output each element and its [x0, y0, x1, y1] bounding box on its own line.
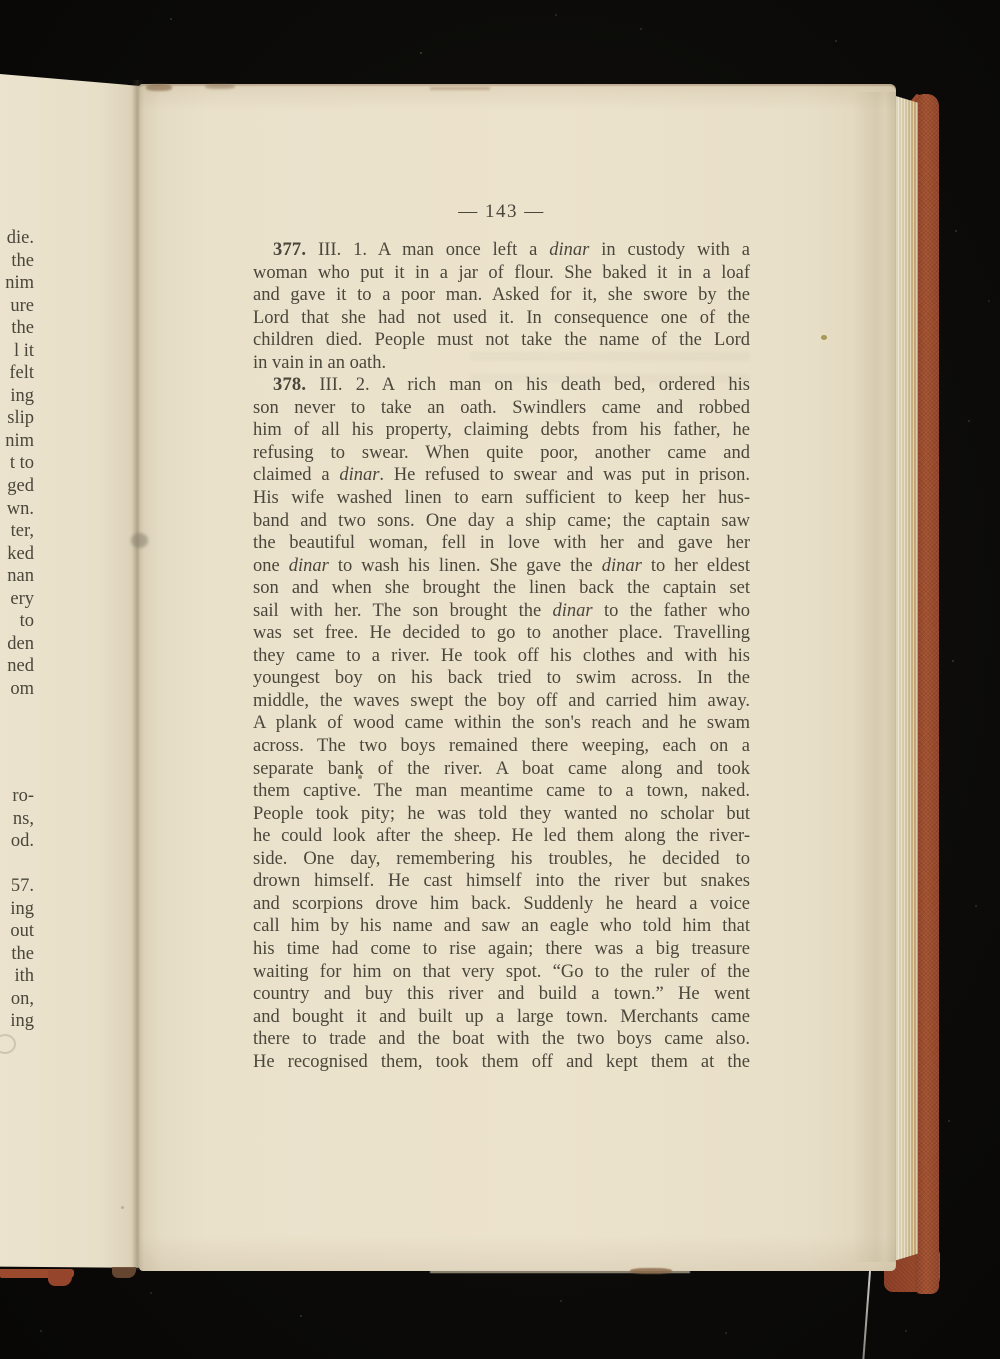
text-line: claimed a dinar. He refused to swear and… [253, 464, 750, 487]
background-dust-specks [0, 0, 2, 2]
top-edge-dust-spot [205, 84, 235, 89]
left-page-fragment-line: the [0, 943, 34, 966]
text-line: son and when she brought the linen back … [253, 577, 750, 600]
gutter-fold-shadow [132, 80, 144, 1270]
text-line: youngest boy on his back tried to swim a… [253, 667, 750, 690]
text-line: them captive. The man meantime came to a… [253, 780, 750, 803]
left-page-fragment-line: nim [0, 430, 34, 453]
text-line: Lord that she had not used it. In conseq… [253, 307, 750, 330]
text-line: refusing to swear. When quite poor, anot… [253, 442, 750, 465]
text-line: was set free. He decided to go to anothe… [253, 622, 750, 645]
text-line: waiting for him on that very spot. “Go t… [253, 961, 750, 984]
left-page-fragment-line: ter, [0, 520, 34, 543]
text-line: and scorpions drove him back. Suddenly h… [253, 893, 750, 916]
bottom-edge-brown-spot [630, 1268, 672, 1274]
left-page-fragment-line: the [0, 250, 34, 273]
left-page-fragment-line: the [0, 317, 34, 340]
left-page-text-fragments-middle: ro-ns,od. [0, 785, 34, 853]
left-page-edge: die.thenimurethel itfeltingslipnimt toge… [0, 74, 140, 1269]
bottom-edge-blob [112, 1267, 136, 1278]
text-line: side. One day, remembering his troubles,… [253, 848, 750, 871]
text-line: He recognised them, took them off and ke… [253, 1051, 750, 1074]
left-page-fragment-line: ing [0, 1010, 34, 1033]
page-edge-crease-shadow [852, 92, 896, 1262]
text-line: they came to a river. He took off his cl… [253, 645, 750, 668]
text-line: call him by his name and saw an eagle wh… [253, 915, 750, 938]
left-page-fragment-line: den [0, 633, 34, 656]
top-edge-dust-spot [146, 84, 172, 91]
top-edge-dust-spot [430, 87, 490, 90]
photograph-of-open-book: die.thenimurethel itfeltingslipnimt toge… [0, 0, 1000, 1359]
left-page-fragment-line: ned [0, 655, 34, 678]
show-through-ghost-text [470, 352, 750, 392]
text-line: 377. III. 1. A man once left a dinar in … [253, 239, 750, 262]
left-page-fragment-line: ure [0, 295, 34, 318]
printing-dot-artifact [358, 775, 362, 779]
left-page-fragment-line: to [0, 610, 34, 633]
text-line: and bought it and built up a large town.… [253, 1006, 750, 1029]
text-line: His wife washed linen to earn sufficient… [253, 487, 750, 510]
paper-speck [121, 1206, 124, 1209]
text-line: sail with her. The son brought the dinar… [253, 600, 750, 623]
left-page-fragment-line: ith [0, 965, 34, 988]
left-page-fragment-line: ing [0, 898, 34, 921]
left-page-text-fragments-lower: 57.ingouttheithon,ing [0, 875, 34, 1033]
left-page-fragment-line: om [0, 678, 34, 701]
left-page-fragment-line: slip [0, 407, 34, 430]
text-line: woman who put it in a jar of flour. She … [253, 262, 750, 285]
text-line: across. The two boys remained there weep… [253, 735, 750, 758]
book-cradle-string [862, 1271, 871, 1359]
page-stack-fore-edge [895, 91, 918, 1263]
text-line: children died. People must not take the … [253, 329, 750, 352]
left-page-fragment-line: out [0, 920, 34, 943]
text-line: drown himself. He cast himself into the … [253, 870, 750, 893]
left-page-fragment-line: nim [0, 272, 34, 295]
text-line: his time had come to rise again; there w… [253, 938, 750, 961]
bottom-cover-bump [48, 1270, 72, 1286]
left-page-fragment-line: die. [0, 227, 34, 250]
left-page-fragment-line: ery [0, 588, 34, 611]
book-cover-edge [915, 94, 939, 1294]
book-page-143: — 143 — 377. III. 1. A man once left a d… [139, 84, 896, 1271]
text-line: he could look after the sheep. He led th… [253, 825, 750, 848]
left-page-fragment-line: ns, [0, 808, 34, 831]
left-page-fragment-line: od. [0, 830, 34, 853]
gutter-smudge [131, 533, 148, 548]
text-line: People took pity; he was told they wante… [253, 803, 750, 826]
olive-ink-speck [821, 335, 827, 340]
page-number-header: — 143 — [139, 201, 864, 223]
left-page-fragment-line: ged [0, 475, 34, 498]
left-page-fragment-line: nan [0, 565, 34, 588]
left-page-text-fragments-upper: die.thenimurethel itfeltingslipnimt toge… [0, 227, 34, 700]
text-line: one dinar to wash his linen. She gave th… [253, 555, 750, 578]
left-page-fragment-line: wn. [0, 498, 34, 521]
text-line: country and buy this river and build a t… [253, 983, 750, 1006]
left-page-fragment-line: l it [0, 340, 34, 363]
text-line: separate bank of the river. A boat came … [253, 758, 750, 781]
text-line: son never to take an oath. Swindlers cam… [253, 397, 750, 420]
left-page-fragment-line: ing [0, 385, 34, 408]
left-page-fragment-line: t to [0, 452, 34, 475]
text-line: the beautiful woman, fell in love with h… [253, 532, 750, 555]
text-line: him of all his property, claiming debts … [253, 419, 750, 442]
text-line: A plank of wood came within the son's re… [253, 712, 750, 735]
text-line: middle, the waves swept the boy off and … [253, 690, 750, 713]
left-page-fragment-line: ked [0, 543, 34, 566]
text-line: band and two sons. One day a ship came; … [253, 510, 750, 533]
left-page-fragment-line: felt [0, 362, 34, 385]
text-line: and gave it to a poor man. Asked for it,… [253, 284, 750, 307]
text-line: there to trade and the boat with the two… [253, 1028, 750, 1051]
left-page-fragment-line: 57. [0, 875, 34, 898]
left-page-fragment-line: ro- [0, 785, 34, 808]
left-page-fragment-line: on, [0, 988, 34, 1011]
